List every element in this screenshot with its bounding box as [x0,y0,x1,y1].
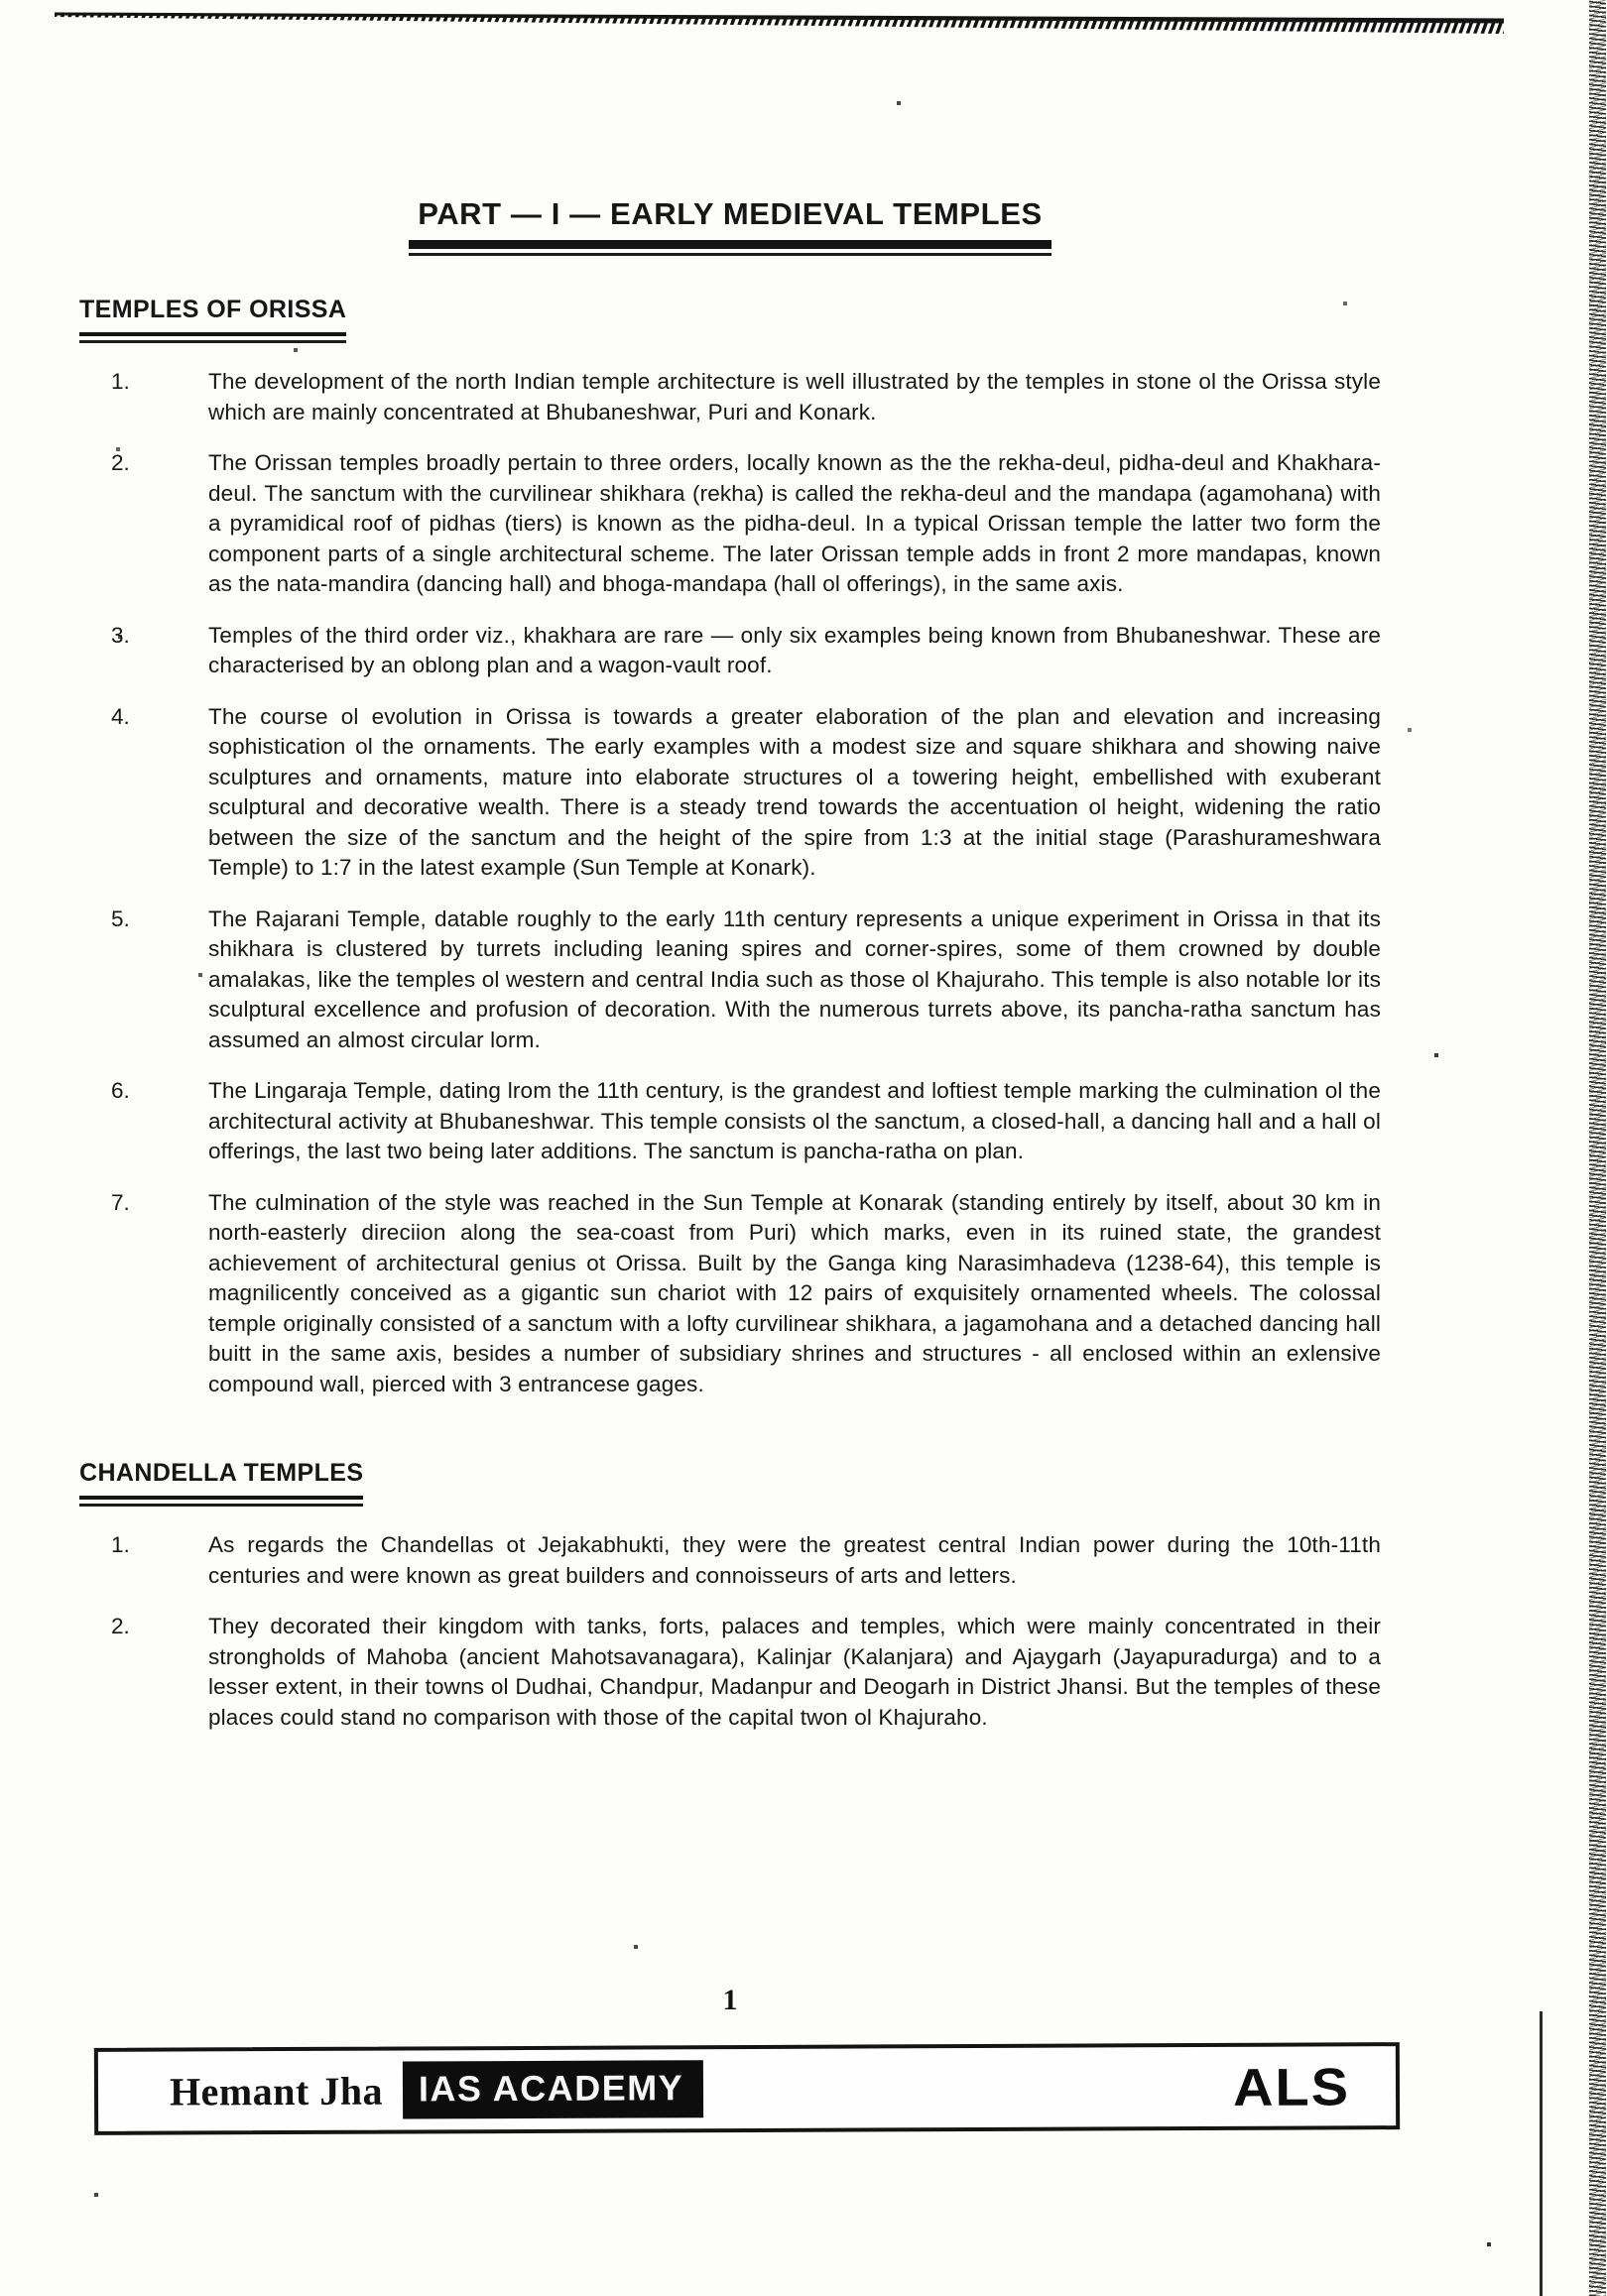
brand-name: Hemant Jha [170,2067,383,2115]
section-underline [79,1496,363,1507]
title-underline [409,240,1051,256]
paragraph-number: 1. [79,1530,208,1591]
scan-edge-line [1540,2011,1543,2296]
paragraph-text: As regards the Chandellas ot Jejakabhukt… [208,1530,1381,1591]
paragraph-number: 2. [79,1612,208,1733]
paragraph-number: 7. [79,1188,208,1400]
document-section: TEMPLES OF ORISSA 1. The development of … [79,296,1381,1399]
paragraph-number: 4. [79,702,208,884]
paragraph-number: 3. [79,621,208,681]
section-heading: CHANDELLA TEMPLES [79,1459,363,1488]
document-content: PART — I — EARLY MEDIEVAL TEMPLES TEMPLE… [79,0,1381,1753]
paragraph-text: The Lingaraja Temple, dating lrom the 11… [208,1076,1381,1167]
numbered-paragraph: 5. The Rajarani Temple, datable roughly … [79,905,1381,1056]
numbered-paragraph: 4. The course ol evolution in Orissa is … [79,702,1381,884]
scan-edge-band [1589,0,1606,2296]
rule-line [79,1504,363,1507]
section-underline [79,332,346,343]
paragraph-text: The development of the north Indian temp… [208,367,1381,427]
rule-line [409,253,1051,256]
rule-line [79,340,346,343]
numbered-paragraph: 1. The development of the north Indian t… [79,367,1381,427]
footer-spacer [703,2087,1233,2089]
title-block: PART — I — EARLY MEDIEVAL TEMPLES [79,196,1381,256]
rule-line [79,1496,363,1500]
document-section: CHANDELLA TEMPLES 1. As regards the Chan… [79,1459,1381,1733]
brand-academy-badge: IAS ACADEMY [403,2060,703,2118]
paragraph-text: Temples of the third order viz., khakhar… [208,621,1381,681]
paragraph-list: 1. As regards the Chandellas ot Jejakabh… [79,1530,1381,1733]
paragraph-text: The course ol evolution in Orissa is tow… [208,702,1381,884]
paragraph-number: 1. [79,367,208,427]
paragraph-text: The culmination of the style was reached… [208,1188,1381,1400]
scan-noise [0,0,2,2]
section-heading-block: CHANDELLA TEMPLES [79,1459,379,1507]
paragraph-list: 1. The development of the north Indian t… [79,367,1381,1399]
page-title: PART — I — EARLY MEDIEVAL TEMPLES [418,196,1043,232]
numbered-paragraph: 2. The Orissan temples broadly pertain t… [79,448,1381,600]
paragraph-number: 5. [79,905,208,1056]
footer-brand-bar: Hemant Jha IAS ACADEMY ALS [94,2042,1400,2135]
paragraph-number: 2. [79,448,208,600]
sections-container: TEMPLES OF ORISSA 1. The development of … [79,296,1381,1733]
numbered-paragraph: 1. As regards the Chandellas ot Jejakabh… [79,1530,1381,1591]
numbered-paragraph: 6. The Lingaraja Temple, dating lrom the… [79,1076,1381,1167]
paragraph-text: The Rajarani Temple, datable roughly to … [208,905,1381,1056]
paragraph-text: The Orissan temples broadly pertain to t… [208,448,1381,600]
numbered-paragraph: 2. They decorated their kingdom with tan… [79,1612,1381,1733]
numbered-paragraph: 7. The culmination of the style was reac… [79,1188,1381,1400]
rule-line [79,332,346,336]
numbered-paragraph: 3. Temples of the third order viz., khak… [79,621,1381,681]
page-number: 1 [79,1984,1381,2017]
section-heading: TEMPLES OF ORISSA [79,296,346,324]
paragraph-number: 6. [79,1076,208,1167]
als-logo: ALS [1233,2055,1350,2116]
rule-line [409,240,1051,249]
scanned-document-page: PART — I — EARLY MEDIEVAL TEMPLES TEMPLE… [0,0,1607,2296]
section-heading-block: TEMPLES OF ORISSA [79,296,362,343]
paragraph-text: They decorated their kingdom with tanks,… [208,1612,1381,1733]
